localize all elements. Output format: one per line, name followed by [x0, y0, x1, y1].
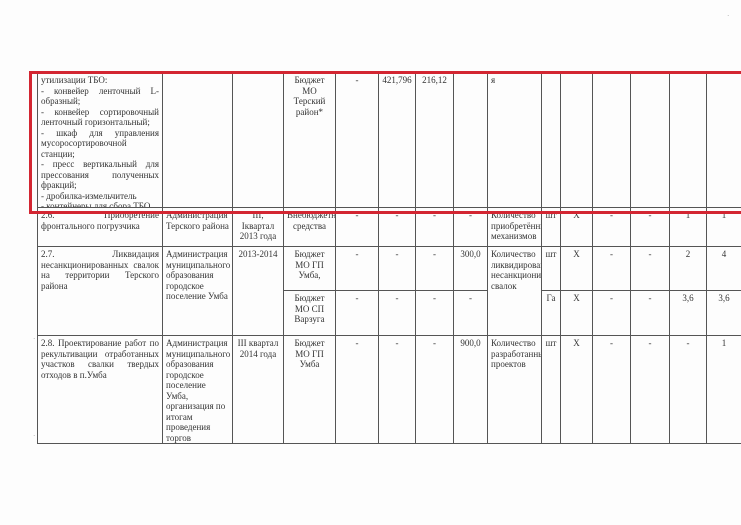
cell-source: Бюджет МО СП Варзуга	[283, 290, 335, 335]
cell-v1: -	[335, 335, 378, 443]
cell-y4	[706, 72, 741, 207]
cell-source: Бюджет МО ГП Умба,	[283, 246, 335, 290]
scanned-document-page: утилизации ТБО: - конвейер ленточный L-о…	[0, 0, 741, 525]
cell-v4: 900,0	[453, 335, 487, 443]
cell-period	[232, 72, 283, 207]
cell-y1: -	[592, 335, 630, 443]
cell-v3: -	[415, 246, 453, 290]
cell-base: X	[560, 335, 592, 443]
cell-source: Бюджет МО Терский район*	[283, 72, 335, 207]
cell-name: утилизации ТБО: - конвейер ленточный L-о…	[37, 72, 162, 207]
highlight-box-bottom	[30, 211, 741, 214]
cell-y4: 1	[706, 335, 741, 443]
cell-v2: -	[378, 246, 415, 290]
scan-speck: ·	[33, 432, 35, 440]
cell-v1: -	[335, 290, 378, 335]
cell-y4: 4	[706, 246, 741, 290]
highlight-box-left	[29, 71, 32, 214]
cell-v3: 216,12	[415, 72, 453, 207]
cell-unit: шт	[541, 335, 560, 443]
cell-y1: -	[592, 246, 630, 290]
cell-y2	[630, 72, 669, 207]
cell-indicator: Количество разработанных проектов	[487, 335, 541, 443]
cell-y3	[669, 72, 706, 207]
cell-y2: -	[630, 290, 669, 335]
cell-y2: -	[630, 246, 669, 290]
cell-executor	[162, 72, 232, 207]
cell-v2: 421,796	[378, 72, 415, 207]
cell-v4: 300,0	[453, 246, 487, 290]
cell-v4	[453, 72, 487, 207]
cell-y1	[592, 72, 630, 207]
cell-source: Бюджет МО ГП Умба	[283, 335, 335, 443]
cell-period: 2013-2014	[232, 246, 283, 335]
cell-v2: -	[378, 335, 415, 443]
cell-base: X	[560, 246, 592, 290]
cell-base	[560, 72, 592, 207]
cell-y4: 3,6	[706, 290, 741, 335]
cell-y3: 2	[669, 246, 706, 290]
highlight-box-top	[30, 71, 741, 74]
scan-speck: ·	[33, 335, 35, 343]
cell-unit	[541, 72, 560, 207]
cell-period: III квартал 2014 года	[232, 335, 283, 443]
cell-y1: -	[592, 290, 630, 335]
table-bottom-border	[37, 443, 741, 444]
cell-v4: -	[453, 290, 487, 335]
cell-y3: -	[669, 335, 706, 443]
cell-unit: Га	[541, 290, 560, 335]
cell-v3: -	[415, 290, 453, 335]
cell-base: X	[560, 290, 592, 335]
scan-speck: ·	[727, 12, 729, 20]
cell-name: 2.8. Проектирование работ по рекультивац…	[37, 335, 162, 443]
cell-indicator: Количество ликвидированных несанкциониро…	[487, 246, 541, 335]
cell-y3: 3,6	[669, 290, 706, 335]
cell-v2: -	[378, 290, 415, 335]
cell-unit: шт	[541, 246, 560, 290]
cell-v3: -	[415, 335, 453, 443]
cell-executor: Администрация муниципального образования…	[162, 246, 232, 335]
cell-executor: Администрация муниципального образования…	[162, 335, 232, 443]
cell-v1: -	[335, 72, 378, 207]
cell-name: 2.7. Ликвидация несанкционированных свал…	[37, 246, 162, 335]
cell-v1: -	[335, 246, 378, 290]
cell-indicator: я	[487, 72, 541, 207]
cell-y2: -	[630, 335, 669, 443]
